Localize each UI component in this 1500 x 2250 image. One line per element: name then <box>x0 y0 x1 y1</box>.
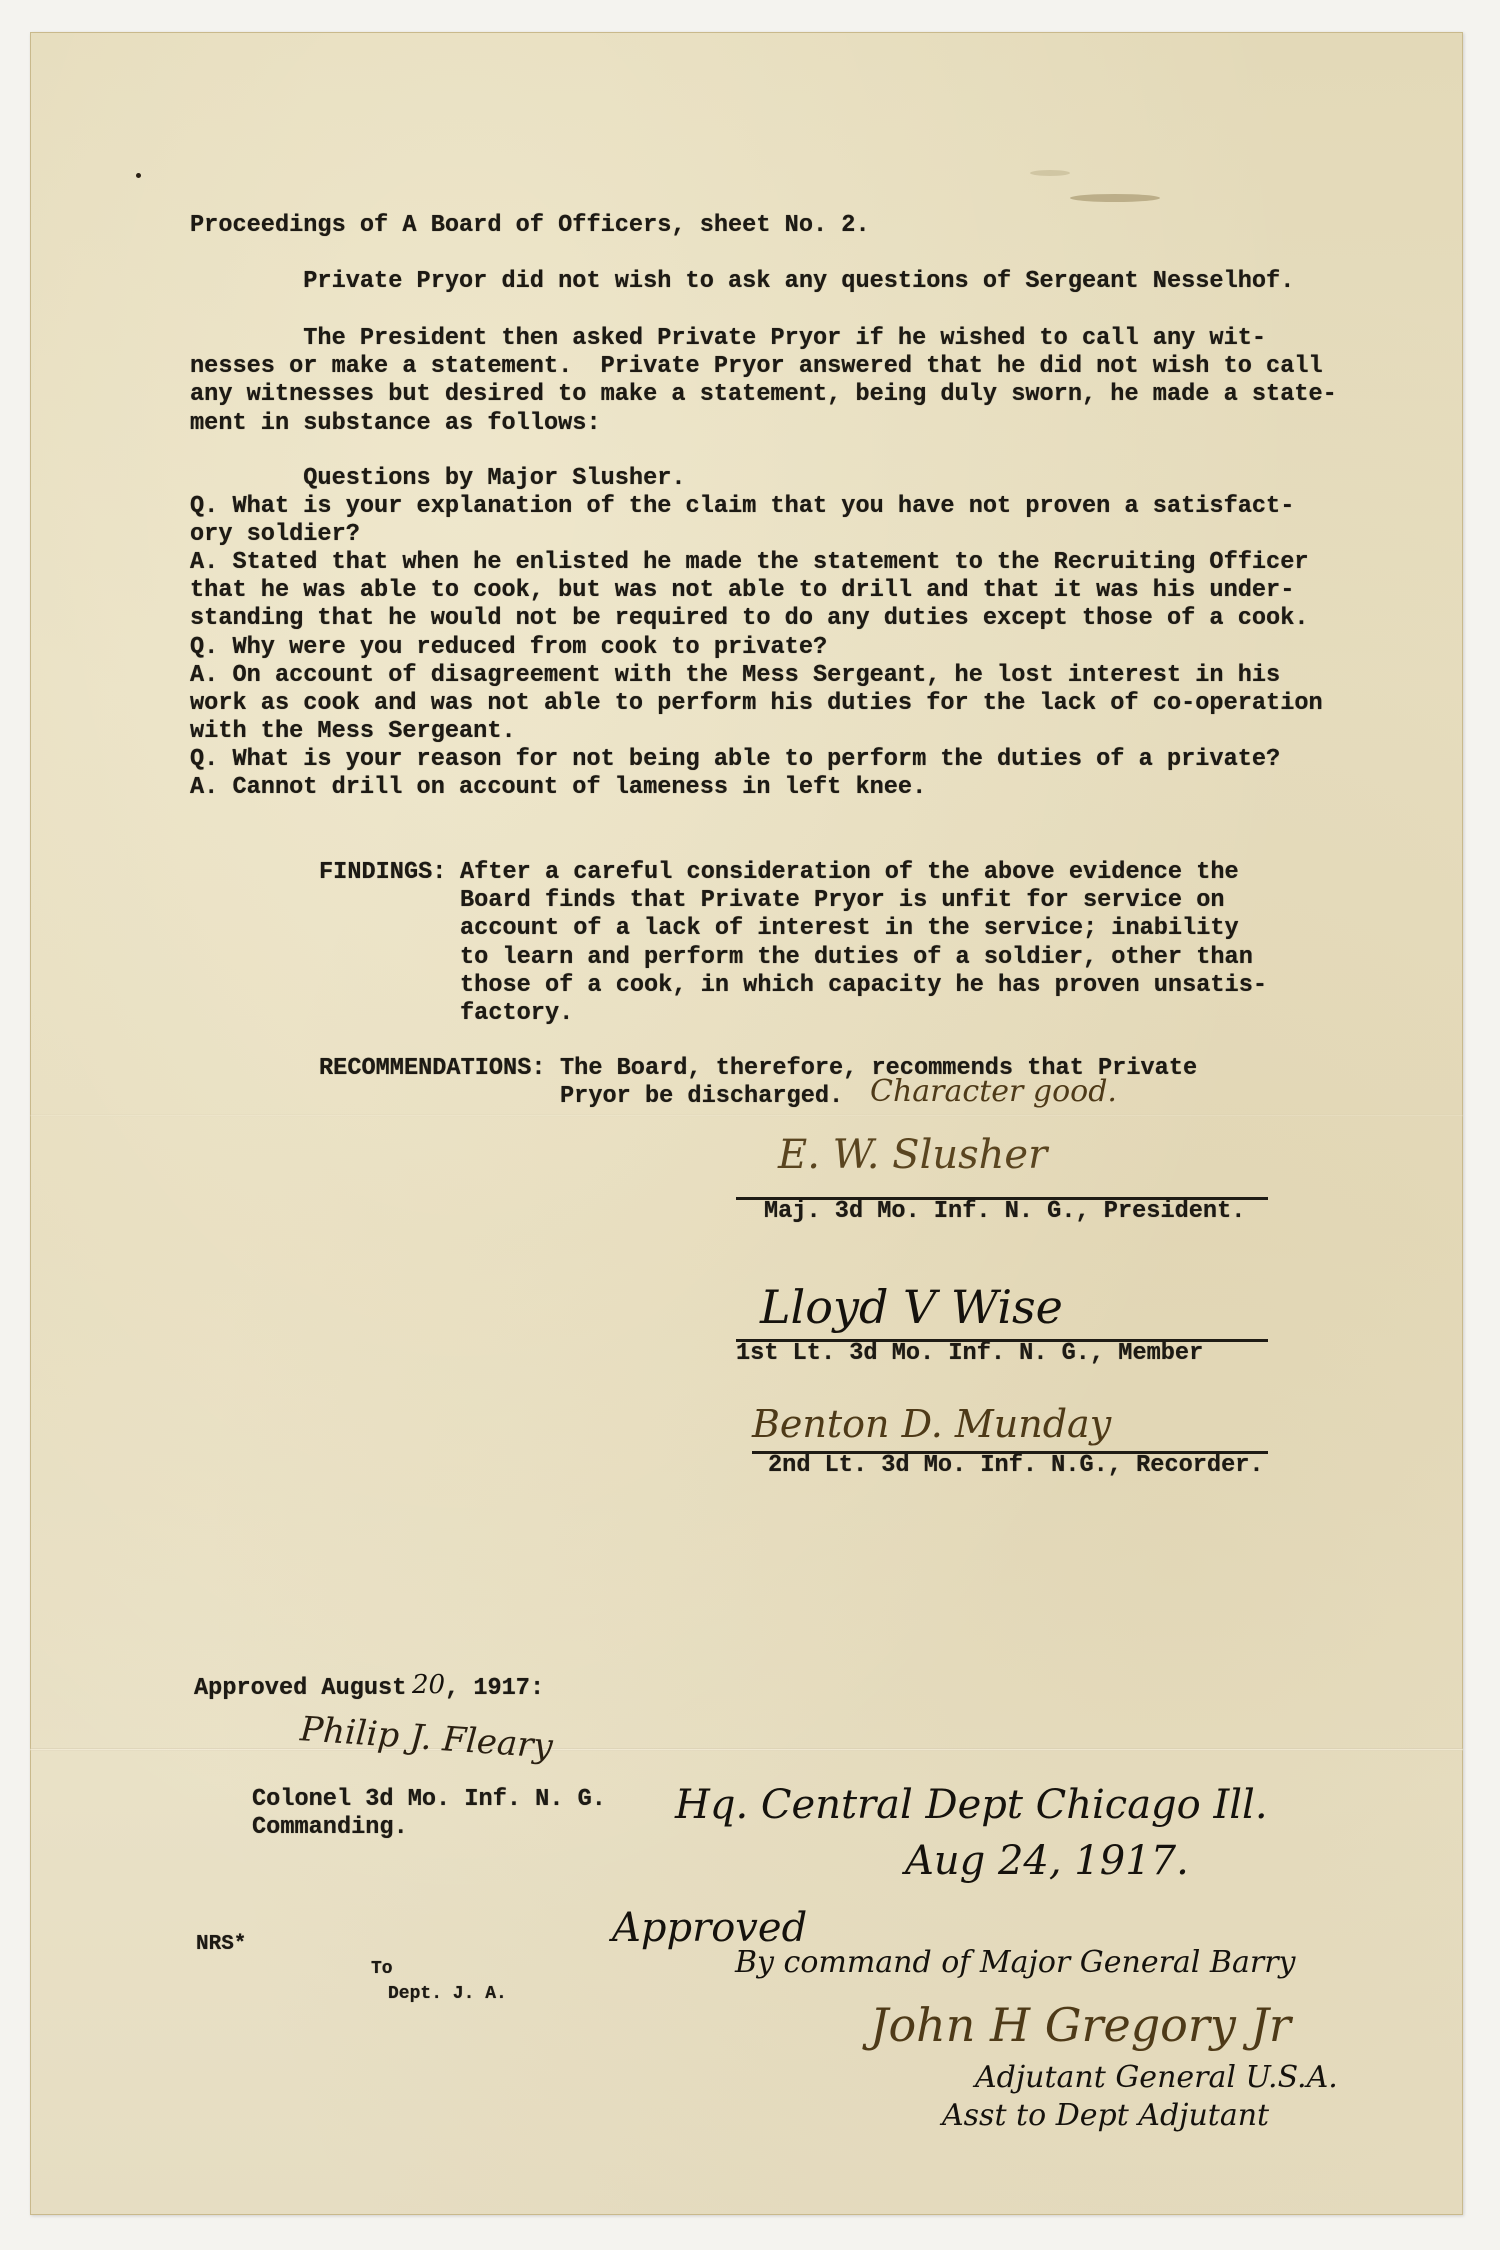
approval-day-handwritten: 20 <box>412 1670 445 1700</box>
qa-answer: A. Stated that when he enlisted he made … <box>190 549 1309 634</box>
typist-initials: NRS* <box>196 1931 246 1959</box>
findings-text: After a careful consideration of the abo… <box>460 859 1267 1028</box>
qa-question: Q. What is your reason for not being abl… <box>190 746 1280 774</box>
signature-recorder: Benton D. Munday <box>752 1402 1111 1446</box>
signature-member: Lloyd V Wise <box>760 1280 1063 1334</box>
qa-answer: A. On account of disagreement with the M… <box>190 662 1323 747</box>
signature-title-recorder: 2nd Lt. 3d Mo. Inf. N.G., Recorder. <box>768 1452 1264 1480</box>
endorsement-by-command: By command of Major General Barry <box>735 1945 1296 1980</box>
endorsement-title: Adjutant General U.S.A. <box>975 2060 1338 2095</box>
qa-answer: A. Cannot drill on account of lameness i… <box>190 774 926 802</box>
endorsement-signature: John H Gregory Jr <box>870 1998 1291 2052</box>
questions-heading: Questions by Major Slusher. <box>190 465 686 493</box>
signature-title-member: 1st Lt. 3d Mo. Inf. N. G., Member <box>736 1340 1203 1368</box>
recommendations-label: RECOMMENDATIONS: <box>319 1055 546 1083</box>
routing-dept: Dept. J. A. <box>388 1980 507 2008</box>
approval-prefix: Approved August <box>194 1675 406 1703</box>
paragraph: The President then asked Private Pryor i… <box>190 325 1337 438</box>
findings-label: FINDINGS: <box>319 859 446 887</box>
handwritten-note: Character good. <box>870 1074 1117 1109</box>
ink-stain <box>1030 170 1070 176</box>
endorsement-location: Hq. Central Dept Chicago Ill. <box>675 1782 1268 1828</box>
document-header: Proceedings of A Board of Officers, shee… <box>190 212 870 240</box>
paper-fold-line <box>30 1748 1463 1751</box>
signature-president: E. W. Slusher <box>778 1132 1047 1178</box>
signature-title-president: Maj. 3d Mo. Inf. N. G., President. <box>764 1198 1245 1226</box>
ink-spot <box>136 173 141 178</box>
paragraph: Private Pryor did not wish to ask any qu… <box>190 268 1294 296</box>
qa-question: Q. What is your explanation of the claim… <box>190 493 1294 549</box>
ink-stain <box>1070 194 1160 202</box>
qa-question: Q. Why were you reduced from cook to pri… <box>190 634 827 662</box>
routing-to: To <box>371 1955 393 1983</box>
endorsement-title: Asst to Dept Adjutant <box>942 2098 1269 2133</box>
paper-fold-line <box>30 1114 1463 1117</box>
approval-suffix: , 1917: <box>445 1675 544 1703</box>
endorsement-date: Aug 24, 1917. <box>905 1838 1189 1884</box>
colonel-title: Colonel 3d Mo. Inf. N. G. Commanding. <box>252 1786 606 1842</box>
